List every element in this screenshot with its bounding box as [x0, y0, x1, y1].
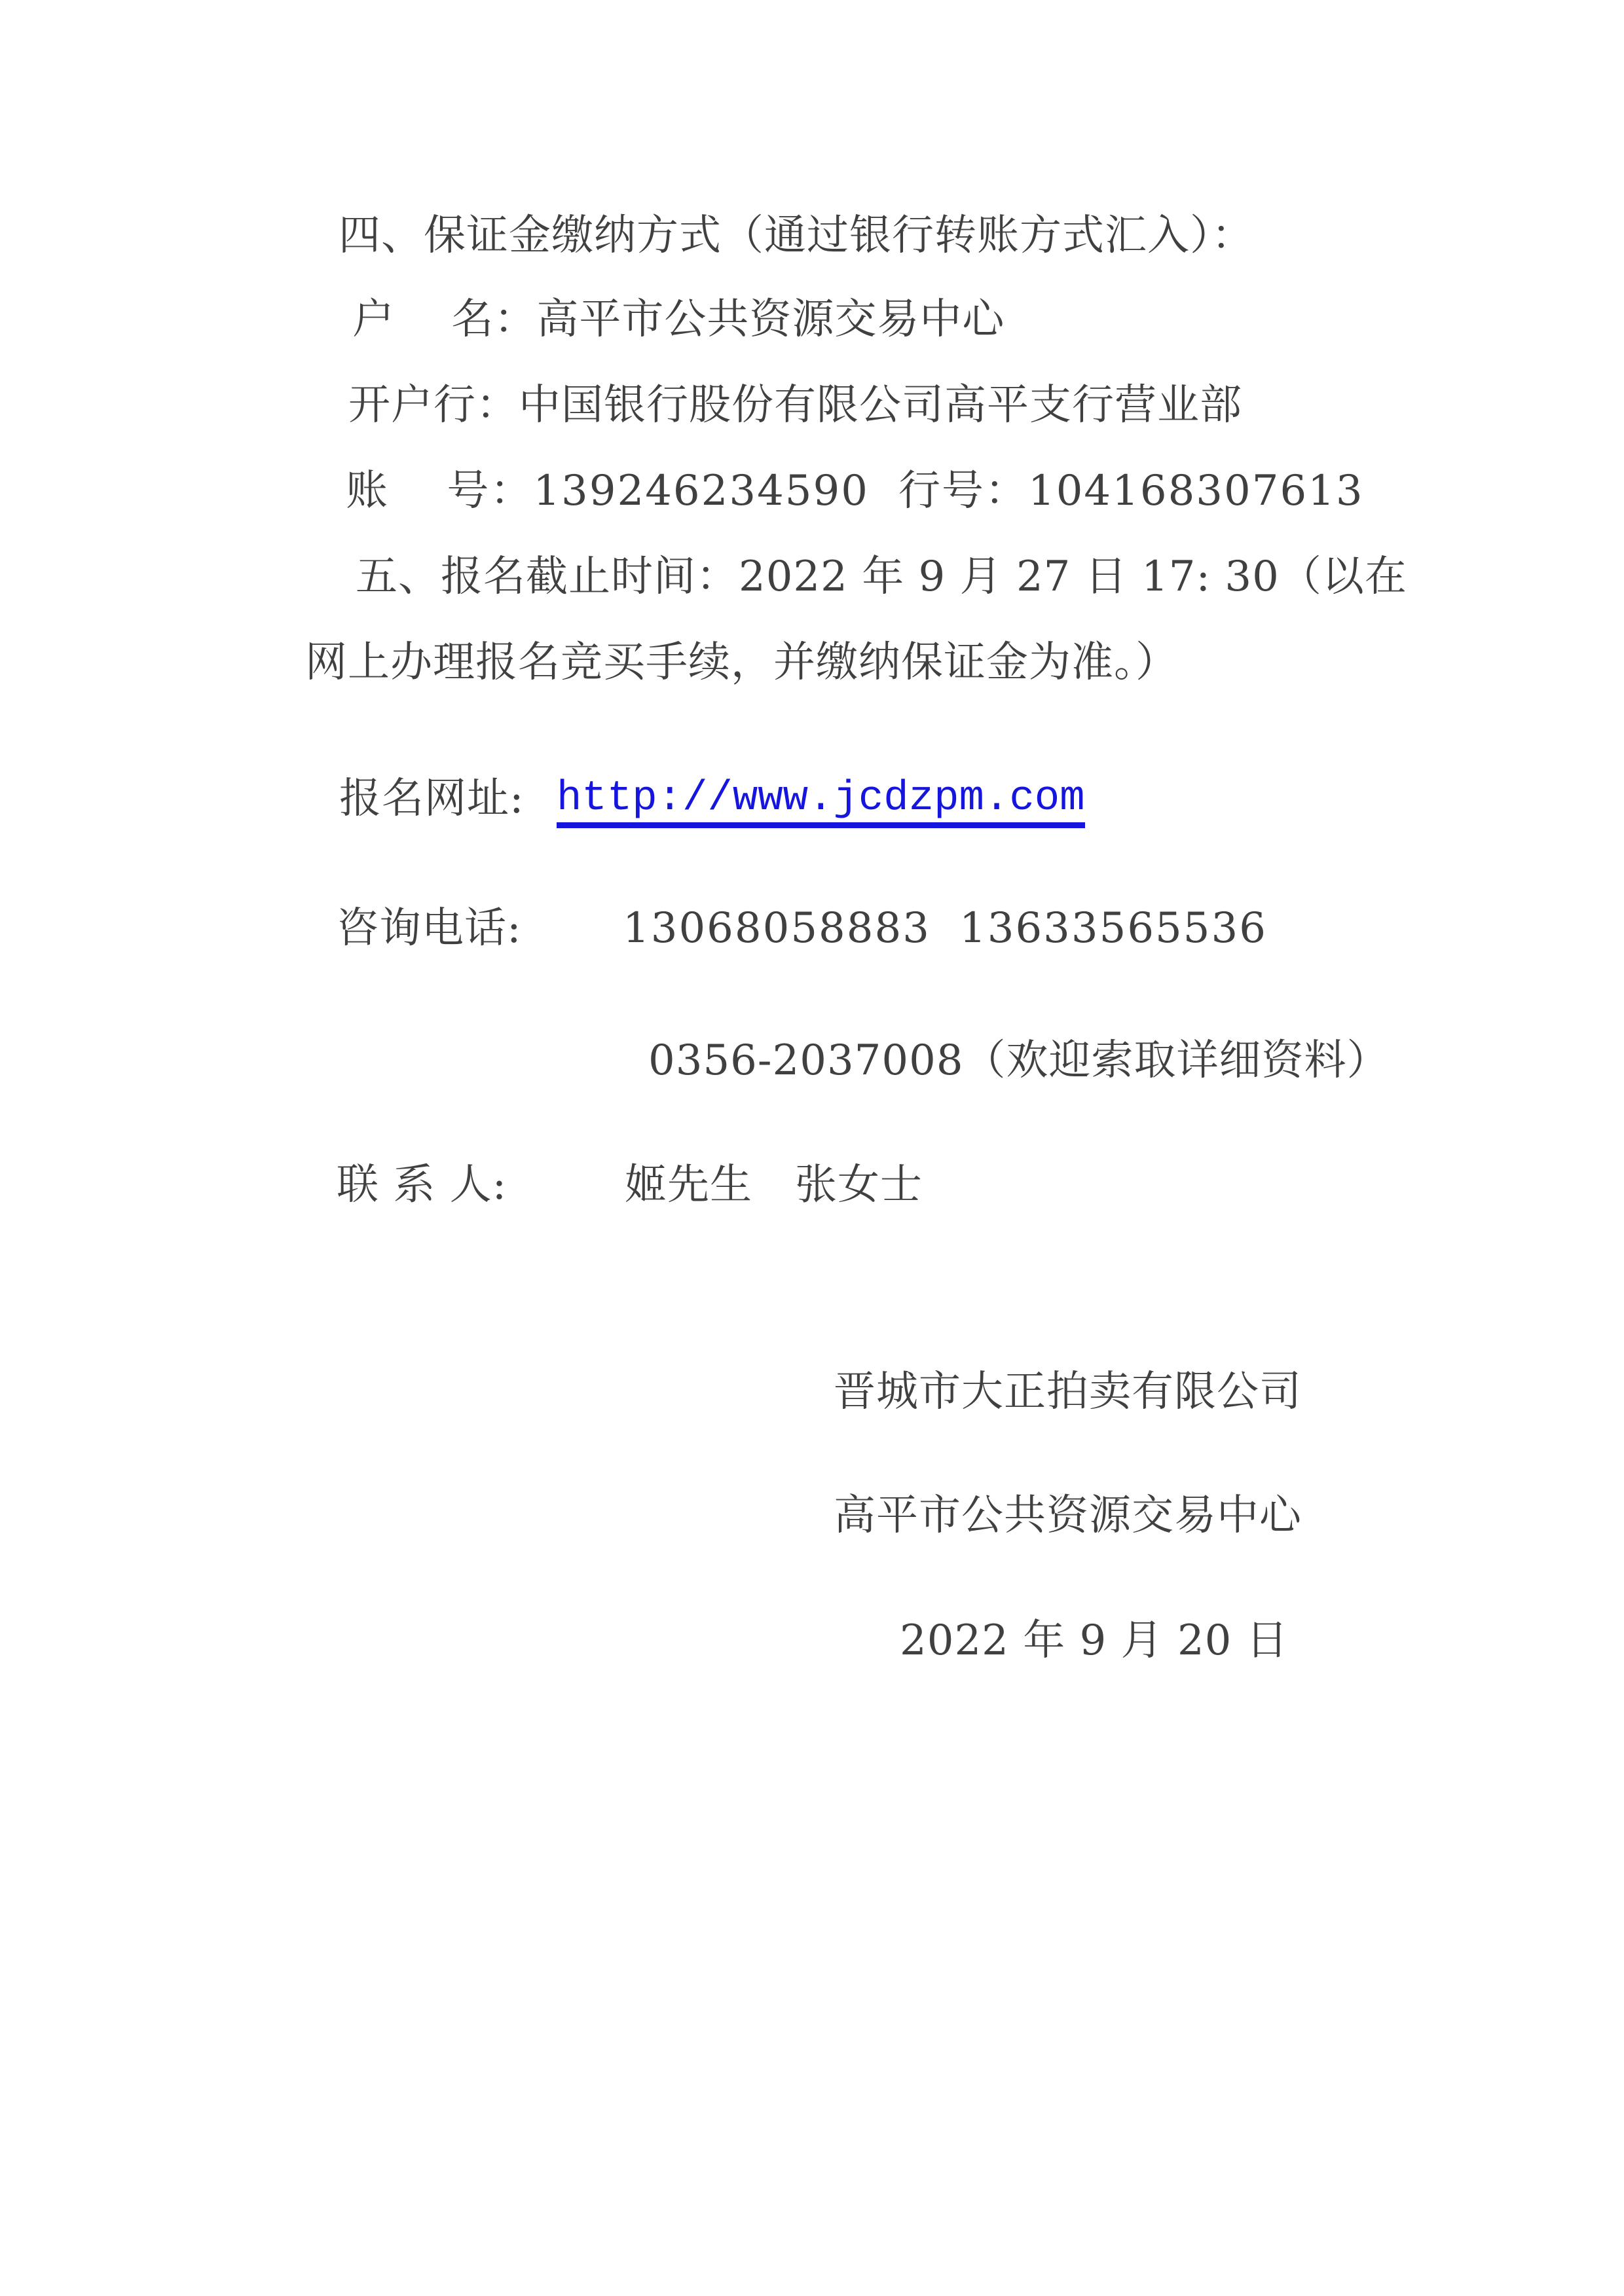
phone-line: 咨询电话: 13068058883 13633565536 — [337, 907, 392, 1117]
section-five-line-2: 网上办理报名竞买手续，并缴纳保证金为准。） — [305, 642, 1178, 683]
account-name-line: 户 名：高平市公共资源交易中心 — [352, 299, 1005, 340]
signature-company-1: 晋城市大正拍卖有限公司 — [834, 1371, 1302, 1413]
signature-company-2: 高平市公共资源交易中心 — [834, 1495, 1302, 1537]
bank-number: 行号：104168307613 — [898, 470, 1364, 512]
phone-number-1: 13068058883 — [623, 907, 931, 949]
website-label: 报名网址: — [339, 778, 525, 820]
account-number: 账 号：139246234590 — [346, 470, 869, 512]
document-page: 四、保证金缴纳方式（通过银行转账方式汇入）： 户 名：高平市公共资源交易中心 开… — [0, 0, 1624, 2296]
contact-line: 联 系 人: 姬先生 张女士 — [337, 1164, 392, 1332]
section-five-line-1: 五、报名截止时间：2022 年 9 月 27 日 17: 30（以在 — [356, 556, 1407, 598]
phone-number-3: 0356-2037008（欢迎索取详细资料） — [648, 1040, 1390, 1082]
phone-number-2: 13633565536 — [959, 907, 1267, 949]
signature-date: 2022 年 9 月 20 日 — [900, 1620, 1289, 1662]
contact-names: 姬先生 张女士 — [625, 1164, 923, 1206]
phone-label: 咨询电话: — [337, 907, 522, 949]
section-four-heading: 四、保证金缴纳方式（通过银行转账方式汇入）： — [339, 215, 1254, 257]
website-url-link[interactable]: http://www.jcdzpm.com — [557, 778, 1085, 828]
contact-label: 联 系 人: — [337, 1164, 507, 1206]
bank-line: 开户行：中国银行股份有限公司高平支行营业部 — [348, 384, 1242, 426]
